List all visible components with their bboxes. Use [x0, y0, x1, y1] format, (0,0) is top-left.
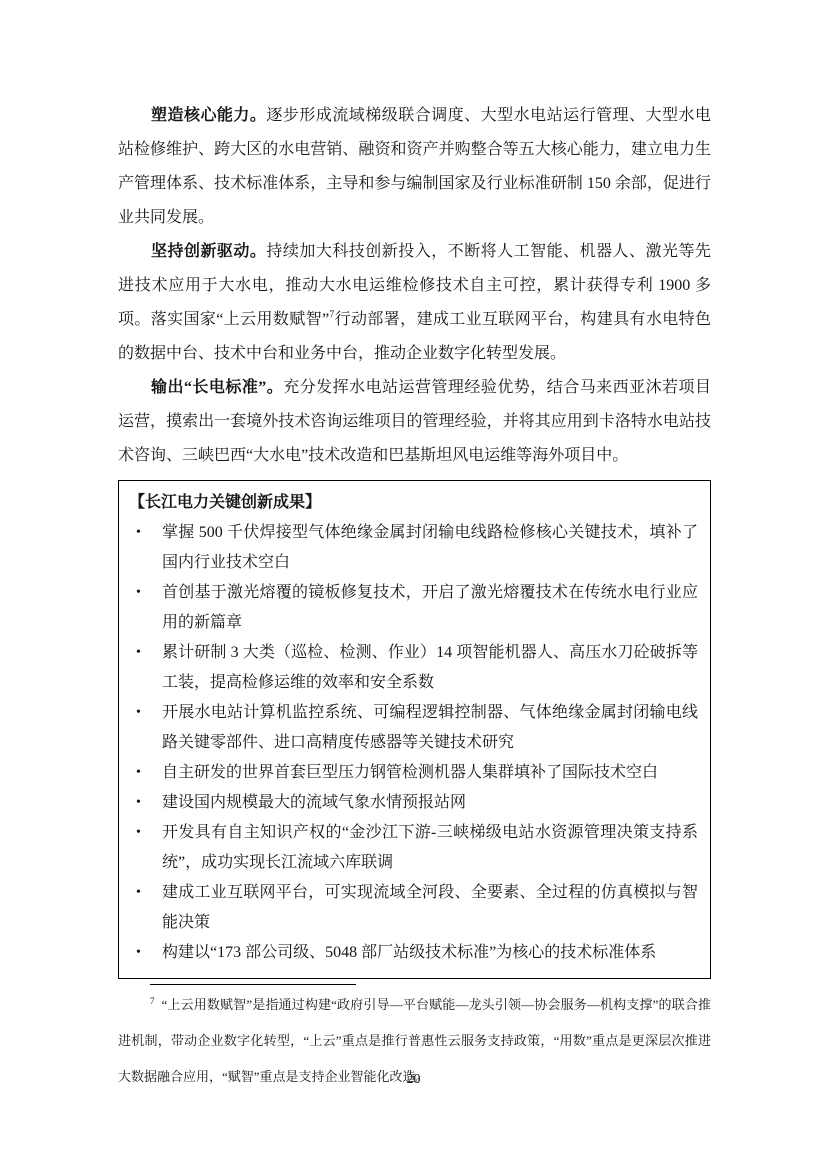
bullet-item: •建设国内规模最大的流域气象水情预报站网: [129, 788, 698, 818]
page-number: 20: [0, 1072, 827, 1088]
bullet-icon: •: [136, 698, 141, 728]
paragraph-text: 逐步形成流域梯级联合调度、大型水电站运行管理、大型水电站检修维护、跨大区的水电营…: [118, 107, 711, 226]
bullet-icon: •: [136, 638, 141, 668]
bullet-icon: •: [136, 818, 141, 848]
bullet-item: •首创基于激光熔覆的镜板修复技术，开启了激光熔覆技术在传统水电行业应用的新篇章: [129, 578, 698, 638]
bullet-text: 自主研发的世界首套巨型压力钢管检测机器人集群填补了国际技术空白: [162, 764, 658, 781]
bullet-text: 掌握 500 千伏焊接型气体绝缘金属封闭输电线路检修核心关键技术，填补了国内行业…: [162, 524, 698, 571]
box-title: 【长江电力关键创新成果】: [129, 488, 698, 518]
paragraph-lead: 塑造核心能力。: [151, 107, 266, 124]
bullet-item: •开展水电站计算机监控系统、可编程逻辑控制器、气体绝缘金属封闭输电线路关键零部件…: [129, 698, 698, 758]
paragraph: 坚持创新驱动。持续加大科技创新投入，不断将人工智能、机器人、激光等先进技术应用于…: [118, 235, 711, 371]
bullet-item: •开发具有自主知识产权的“金沙江下游-三峡梯级电站水资源管理决策支持系统”，成功…: [129, 818, 698, 878]
bullet-icon: •: [136, 518, 141, 548]
body-paragraphs: 塑造核心能力。逐步形成流域梯级联合调度、大型水电站运行管理、大型水电站检修维护、…: [118, 99, 711, 473]
bullet-item: •自主研发的世界首套巨型压力钢管检测机器人集群填补了国际技术空白: [129, 758, 698, 788]
footnote-separator: [150, 984, 356, 985]
bullet-text: 建设国内规模最大的流域气象水情预报站网: [162, 794, 466, 811]
footnote-text: “上云用数赋智”是指通过构建“政府引导—平台赋能—龙头引领—协会服务—机构支撑”…: [118, 997, 711, 1084]
bullet-icon: •: [136, 578, 141, 608]
page-content: 塑造核心能力。逐步形成流域梯级联合调度、大型水电站运行管理、大型水电站检修维护、…: [118, 99, 711, 979]
paragraph: 输出“长电标准”。充分发挥水电站运营管理经验优势，结合马来西亚沐若项目运营，摸索…: [118, 371, 711, 473]
paragraph-lead: 坚持创新驱动。: [151, 243, 266, 260]
footnote-marker: 7: [150, 996, 155, 1006]
bullet-item: •掌握 500 千伏焊接型气体绝缘金属封闭输电线路检修核心关键技术，填补了国内行…: [129, 518, 698, 578]
bullet-text: 建成工业互联网平台，可实现流域全河段、全要素、全过程的仿真模拟与智能决策: [162, 884, 698, 931]
bullet-icon: •: [136, 758, 141, 788]
bullet-text: 开展水电站计算机监控系统、可编程逻辑控制器、气体绝缘金属封闭输电线路关键零部件、…: [162, 704, 698, 751]
bullet-item: •累计研制 3 大类（巡检、检测、作业）14 项智能机器人、高压水刀砼破拆等工装…: [129, 638, 698, 698]
paragraph-lead: 输出“长电标准”。: [151, 379, 283, 396]
document-page: 塑造核心能力。逐步形成流域梯级联合调度、大型水电站运行管理、大型水电站检修维护、…: [0, 0, 827, 1169]
bullet-text: 构建以“173 部公司级、5048 部厂站级技术标准”为核心的技术标准体系: [162, 944, 656, 961]
paragraph: 塑造核心能力。逐步形成流域梯级联合调度、大型水电站运行管理、大型水电站检修维护、…: [118, 99, 711, 235]
innovation-results-box: 【长江电力关键创新成果】 •掌握 500 千伏焊接型气体绝缘金属封闭输电线路检修…: [118, 480, 711, 979]
bullet-icon: •: [136, 938, 141, 968]
bullet-icon: •: [136, 878, 141, 908]
bullet-item: •构建以“173 部公司级、5048 部厂站级技术标准”为核心的技术标准体系: [129, 938, 698, 968]
bullet-list: •掌握 500 千伏焊接型气体绝缘金属封闭输电线路检修核心关键技术，填补了国内行…: [129, 518, 698, 968]
bullet-text: 累计研制 3 大类（巡检、检测、作业）14 项智能机器人、高压水刀砼破拆等工装，…: [162, 644, 698, 691]
bullet-item: •建成工业互联网平台，可实现流域全河段、全要素、全过程的仿真模拟与智能决策: [129, 878, 698, 938]
bullet-text: 开发具有自主知识产权的“金沙江下游-三峡梯级电站水资源管理决策支持系统”，成功实…: [162, 824, 698, 871]
bullet-icon: •: [136, 788, 141, 818]
bullet-text: 首创基于激光熔覆的镜板修复技术，开启了激光熔覆技术在传统水电行业应用的新篇章: [162, 584, 698, 631]
